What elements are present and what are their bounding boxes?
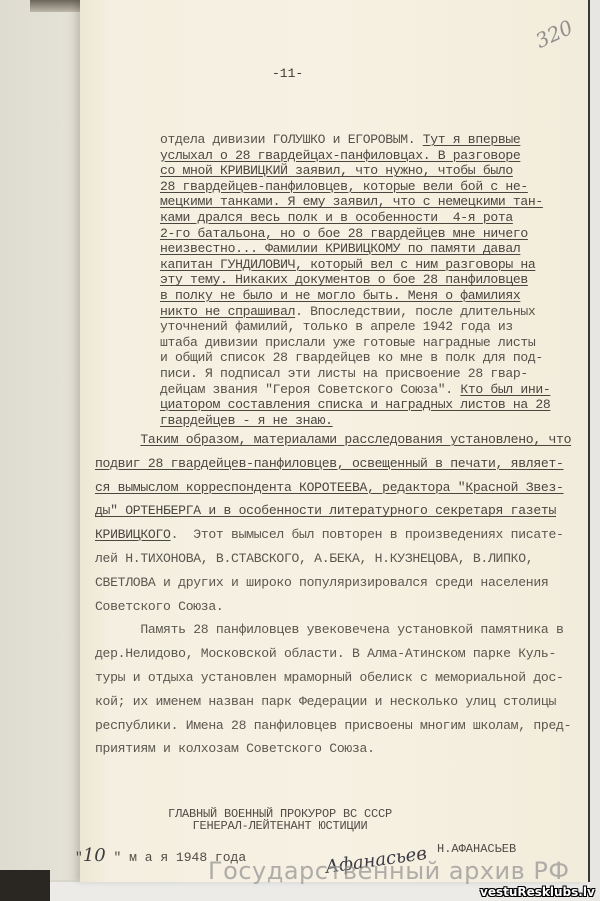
testimony-line: отдела дивизии ГОЛУШКО и ЕГОРОВЫМ. Тут я…	[160, 132, 590, 148]
testimony-line: гвардейцев - я не знаю.	[160, 413, 590, 429]
underlined-text: мецкими танками. Я ему заявил, что с нем…	[160, 194, 543, 209]
testimony-line: штаба дивизии прислали уже готовые награ…	[160, 335, 590, 351]
text-run: дейцам звания "Героя Советского Союза".	[160, 382, 460, 397]
conclusion-line: республики. Имена 28 панфиловцев присвое…	[95, 714, 595, 738]
text-run: республики. Имена 28 панфиловцев присвое…	[95, 718, 571, 733]
underlying-page	[0, 0, 90, 880]
underlined-text: Тут я впервые	[423, 132, 521, 147]
testimony-line: 2-го батальона, но о бое 28 гвардейцев м…	[160, 226, 590, 242]
text-run: уточнений фамилий, только в апреле 1942 …	[160, 319, 513, 334]
underlined-text: ками дрался весь полк и в особенности 4-…	[160, 210, 513, 225]
text-run: лей Н.ТИХОНОВА, В.СТАВСКОГО, А.БЕКА, Н.К…	[95, 551, 533, 566]
signer-name: Н.АФАНАСЬЕВ	[437, 842, 516, 856]
page-number: -11-	[272, 66, 303, 81]
testimony-line: писи. Я подписал эти листы на присвоение…	[160, 366, 590, 382]
text-run: Советского Союза.	[95, 599, 223, 614]
testimony-line: никто не спрашивал. Впоследствии, после …	[160, 304, 590, 320]
testimony-line: услыхал о 28 гвардейцах-панфиловцах. В р…	[160, 148, 590, 164]
site-badge: vestuResklubs.lv	[480, 885, 595, 899]
underlined-text: гвардейцев - я не знаю.	[160, 413, 333, 428]
conclusion-line: приятиям и колхозам Советского Союза.	[95, 737, 595, 761]
text-run: . Впоследствии, после длительных	[295, 304, 535, 319]
text-run: дер.Нелидово, Московской области. В Алма…	[95, 646, 556, 661]
text-run: туры и отдыха установлен мраморный обели…	[95, 670, 564, 685]
conclusion-paragraphs: Таким образом, материалами расследования…	[95, 428, 595, 761]
underlined-text: Таким образом, материалами расследования…	[140, 432, 571, 447]
underlined-text: капитан ГУНДИЛОВИЧ, который вел с ним ра…	[160, 257, 535, 272]
signatory-title-line-2: ГЕНЕРАЛ-ЛЕЙТЕНАНТ ЮСТИЦИИ	[150, 820, 410, 832]
conclusion-line: КРИВИЦКОГО. Этот вымысел был повторен в …	[95, 523, 595, 547]
testimony-quote-block: отдела дивизии ГОЛУШКО и ЕГОРОВЫМ. Тут я…	[160, 132, 590, 428]
text-run: и общий список 28 гвардейцев ко мне в по…	[160, 350, 543, 365]
conclusion-line: Советского Союза.	[95, 595, 595, 619]
testimony-line: мецкими танками. Я ему заявил, что с нем…	[160, 194, 590, 210]
text-run: приятиям и колхозам Советского Союза.	[95, 741, 375, 756]
underlined-text: эту тему. Никаких документов о бое 28 па…	[160, 272, 528, 287]
signatory-title: ГЛАВНЫЙ ВОЕННЫЙ ПРОКУРОР ВС СССР ГЕНЕРАЛ…	[150, 808, 410, 832]
testimony-line: неизвестно... Фамилии КРИВИЦКОМУ по памя…	[160, 241, 590, 257]
conclusion-line: СВЕТЛОВА и других и широко популяризиров…	[95, 571, 595, 595]
testimony-line: 28 гвардейцев-панфиловцев, которые вели …	[160, 179, 590, 195]
underlined-text: подвиг 28 гвардейцев-панфиловцев, освеще…	[95, 456, 564, 471]
text-run: . Этот вымысел был повторен в произведен…	[171, 527, 564, 542]
underlined-text: 28 гвардейцев-панфиловцев, которые вели …	[160, 179, 528, 194]
conclusion-line: подвиг 28 гвардейцев-панфиловцев, освеще…	[95, 452, 595, 476]
text-run: кой; их именем назван парк Федерации и н…	[95, 694, 556, 709]
underlined-text: неизвестно... Фамилии КРИВИЦКОМУ по памя…	[160, 241, 520, 256]
testimony-line: капитан ГУНДИЛОВИЧ, который вел с ним ра…	[160, 257, 590, 273]
conclusion-line: ды" ОРТЕНБЕРГА и в особенности литератур…	[95, 499, 595, 523]
conclusion-line: Таким образом, материалами расследования…	[95, 428, 595, 452]
conclusion-line: дер.Нелидово, Московской области. В Алма…	[95, 642, 595, 666]
testimony-line: со мной КРИВИЦКИЙ заявил, что нужно, что…	[160, 163, 590, 179]
underlined-text: услыхал о 28 гвардейцах-панфиловцах. В р…	[160, 148, 520, 163]
testimony-line: ками дрался весь полк и в особенности 4-…	[160, 210, 590, 226]
testimony-line: эту тему. Никаких документов о бое 28 па…	[160, 272, 590, 288]
archive-watermark: Государственный архив РФ	[208, 857, 570, 885]
date-day-handwritten: 10	[83, 845, 106, 866]
underlined-text: в полку не было и не могло быть. Меня о …	[160, 288, 520, 303]
conclusion-line: туры и отдыха установлен мраморный обели…	[95, 666, 595, 690]
conclusion-line: ся вымыслом корреспондента КОРОТЕЕВА, ре…	[95, 476, 595, 500]
testimony-line: в полку не было и не могло быть. Меня о …	[160, 288, 590, 304]
binder-shadow	[0, 870, 50, 901]
conclusion-line: лей Н.ТИХОНОВА, В.СТАВСКОГО, А.БЕКА, Н.К…	[95, 547, 595, 571]
text-run: писи. Я подписал эти листы на присвоение…	[160, 366, 528, 381]
testimony-line: циатором составления списка и наградных …	[160, 397, 590, 413]
text-run: Память 28 панфиловцев увековечена устано…	[95, 622, 564, 637]
conclusion-line: кой; их именем назван парк Федерации и н…	[95, 690, 595, 714]
testimony-line: дейцам звания "Героя Советского Союза". …	[160, 382, 590, 398]
conclusion-line: Память 28 панфиловцев увековечена устано…	[95, 618, 595, 642]
text-run: СВЕТЛОВА и других и широко популяризиров…	[95, 575, 548, 590]
underlined-text: никто не спрашивал	[160, 304, 295, 319]
testimony-line: уточнений фамилий, только в апреле 1942 …	[160, 319, 590, 335]
testimony-line: и общий список 28 гвардейцев ко мне в по…	[160, 350, 590, 366]
underlined-text: КРИВИЦКОГО	[95, 527, 171, 542]
date-open-quote: "	[75, 850, 83, 865]
underlined-text: ся вымыслом корреспондента КОРОТЕЕВА, ре…	[95, 480, 564, 495]
underlined-text: ды" ОРТЕНБЕРГА и в особенности литератур…	[95, 503, 556, 518]
underlined-text: со мной КРИВИЦКИЙ заявил, что нужно, что…	[160, 163, 513, 178]
text-run	[95, 432, 140, 447]
underlined-text: Кто был ини-	[460, 382, 550, 397]
underlined-text: циатором составления списка и наградных …	[160, 397, 550, 412]
underlined-text: 2-го батальона, но о бое 28 гвардейцев м…	[160, 226, 528, 241]
text-run: отдела дивизии ГОЛУШКО и ЕГОРОВЫМ.	[160, 132, 423, 147]
text-run: штаба дивизии прислали уже готовые награ…	[160, 335, 535, 350]
